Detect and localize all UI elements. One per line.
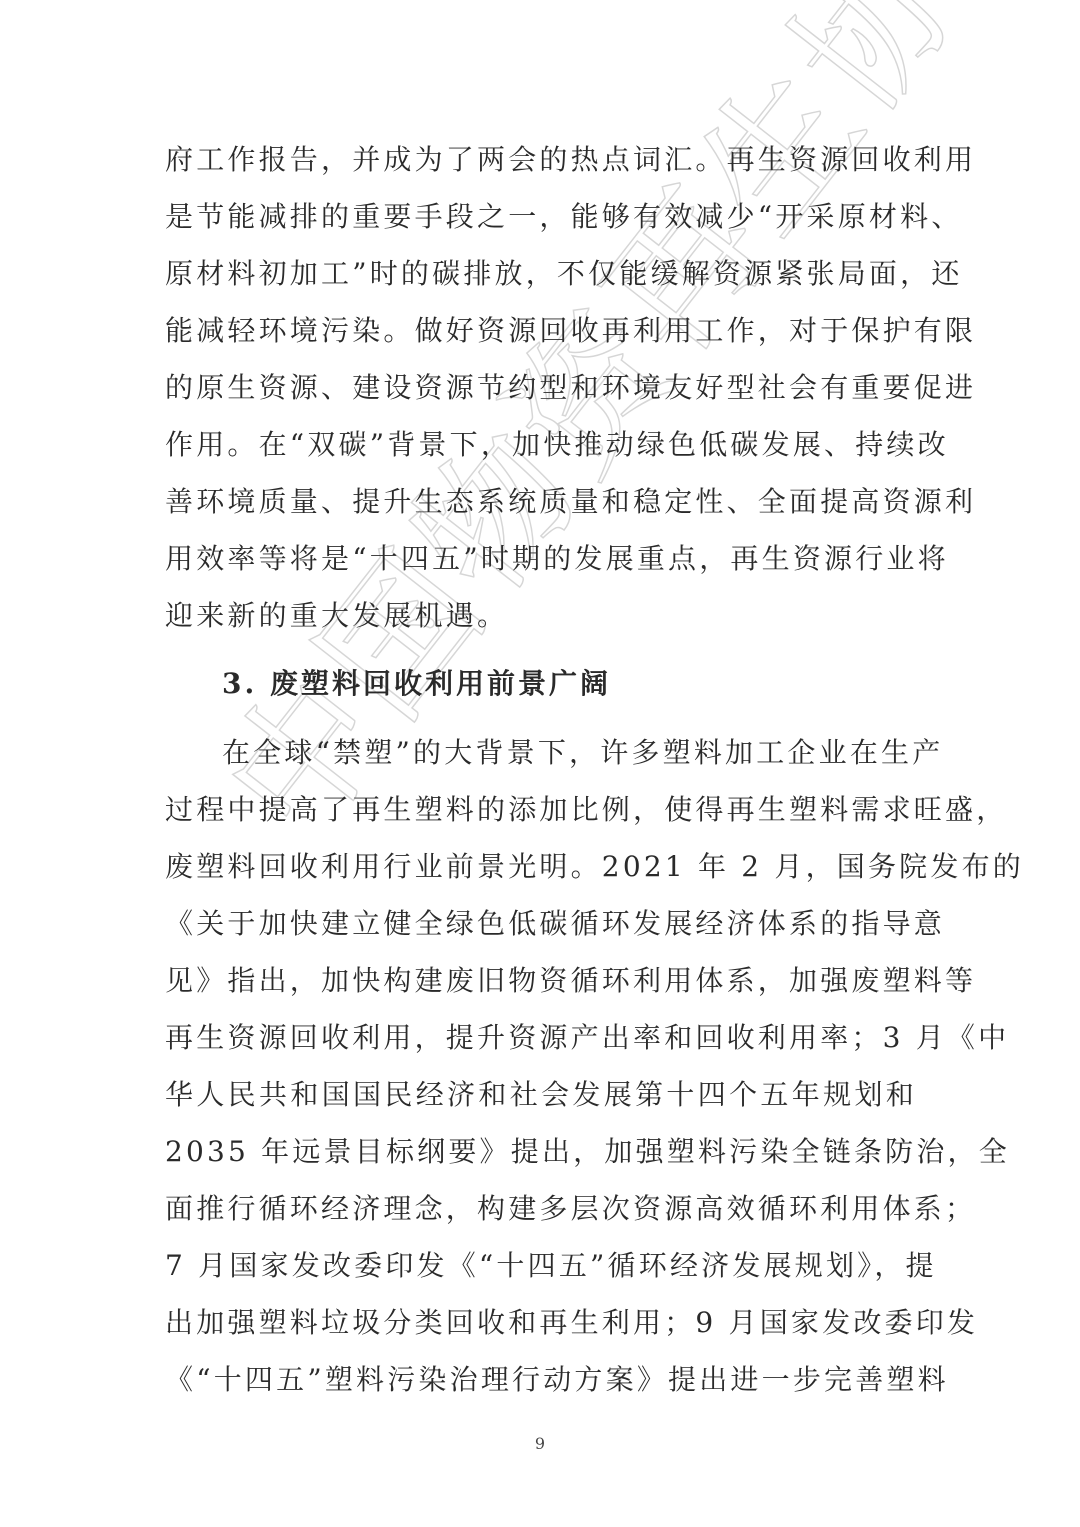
paragraph-line: 面推行循环经济理念，构建多层次资源高效循环利用体系； <box>165 1189 917 1229</box>
paragraph-line: 过程中提高了再生塑料的添加比例，使得再生塑料需求旺盛， <box>165 790 917 830</box>
paragraph-line: 用效率等将是“十四五”时期的发展重点，再生资源行业将 <box>165 539 917 579</box>
paragraph-line: 见》指出，加快构建废旧物资循环利用体系，加强废塑料等 <box>165 961 917 1001</box>
paragraph-line: 府工作报告，并成为了两会的热点词汇。再生资源回收利用 <box>165 140 917 180</box>
paragraph-line: 再生资源回收利用，提升资源产出率和回收利用率；3 月《中 <box>165 1018 917 1058</box>
section-heading: 3. 废塑料回收利用前景广阔 <box>222 664 611 704</box>
page-number: 9 <box>0 1434 1080 1453</box>
paragraph-line: 2035 年远景目标纲要》提出，加强塑料污染全链条防治，全 <box>165 1132 917 1172</box>
paragraph-line: 7 月国家发改委印发《“十四五”循环经济发展规划》，提 <box>165 1246 917 1286</box>
paragraph-line: 在全球“禁塑”的大背景下，许多塑料加工企业在生产 <box>222 733 917 773</box>
paragraph-line: 原材料初加工”时的碳排放，不仅能缓解资源紧张局面，还 <box>165 254 917 294</box>
paragraph-line: 的原生资源、建设资源节约型和环境友好型社会有重要促进 <box>165 368 917 408</box>
paragraph-line: 废塑料回收利用行业前景光明。2021 年 2 月，国务院发布的 <box>165 847 917 887</box>
paragraph-line: 善环境质量、提升生态系统质量和稳定性、全面提高资源利 <box>165 482 917 522</box>
paragraph-line: 迎来新的重大发展机遇。 <box>165 596 917 636</box>
paragraph-line: 能减轻环境污染。做好资源回收再利用工作，对于保护有限 <box>165 311 917 351</box>
paragraph-line: 《“十四五”塑料污染治理行动方案》提出进一步完善塑料 <box>165 1360 917 1400</box>
paragraph-line: 作用。在“双碳”背景下，加快推动绿色低碳发展、持续改 <box>165 425 917 465</box>
paragraph-line: 是节能减排的重要手段之一，能够有效减少“开采原材料、 <box>165 197 917 237</box>
paragraph-line: 出加强塑料垃圾分类回收和再生利用；9 月国家发改委印发 <box>165 1303 917 1343</box>
paragraph-line: 华人民共和国国民经济和社会发展第十四个五年规划和 <box>165 1075 917 1115</box>
document-page: 中国物资再生协会 府工作报告，并成为了两会的热点词汇。再生资源回收利用 是节能减… <box>0 0 1080 1527</box>
paragraph-line: 《关于加快建立健全绿色低碳循环发展经济体系的指导意 <box>165 904 917 944</box>
